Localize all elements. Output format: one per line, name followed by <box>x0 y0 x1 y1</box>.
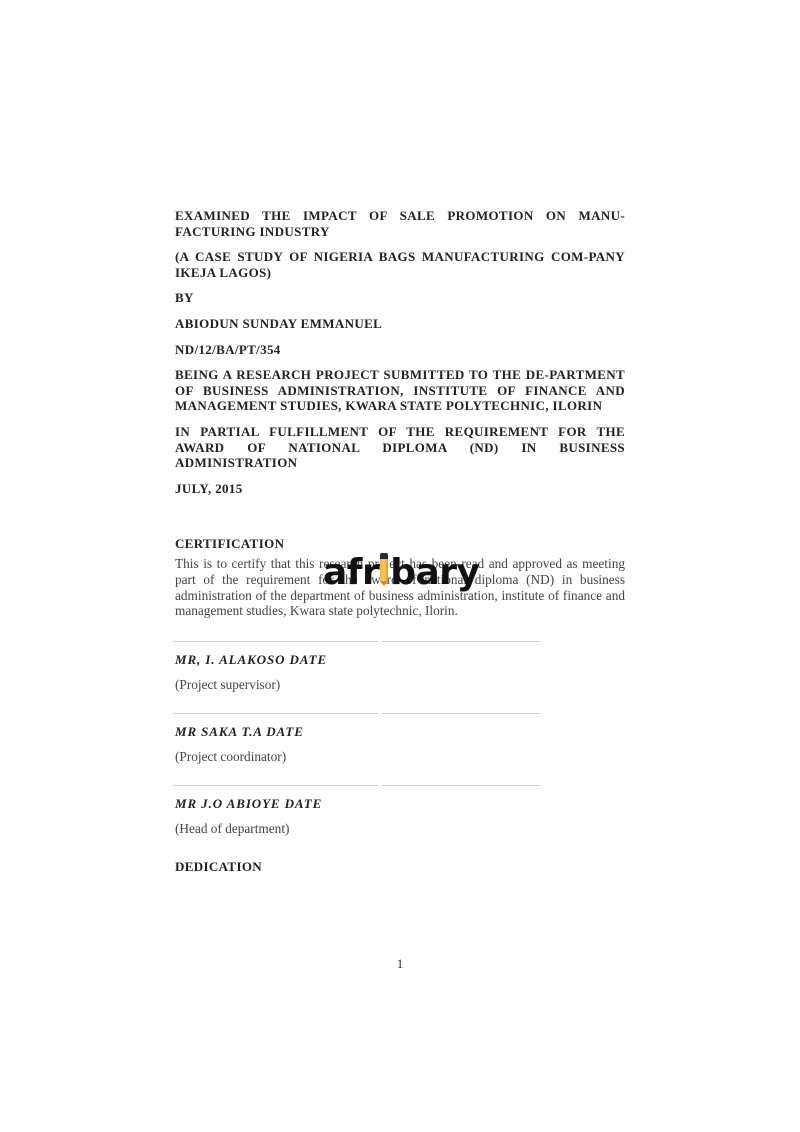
project-subtitle: (A CASE STUDY OF NIGERIA BAGS MANUFACTUR… <box>175 249 625 280</box>
signature-line <box>173 641 378 642</box>
date-line <box>382 785 540 786</box>
project-title: EXAMINED THE IMPACT OF SALE PROMOTION ON… <box>175 208 625 239</box>
page-content: EXAMINED THE IMPACT OF SALE PROMOTION ON… <box>175 208 625 875</box>
certification-text: This is to certify that this research pr… <box>175 556 625 618</box>
page-number: 1 <box>0 956 800 972</box>
signature-block-coordinator: MR SAKA T.A DATE (Project coordinator) <box>175 713 625 765</box>
submission-date: JULY, 2015 <box>175 481 625 497</box>
signature-line <box>173 785 378 786</box>
signatory-name: MR SAKA T.A DATE <box>175 724 625 740</box>
signature-lines <box>175 641 625 642</box>
signatory-name: MR J.O ABIOYE DATE <box>175 796 625 812</box>
submission-statement: BEING A RESEARCH PROJECT SUBMITTED TO TH… <box>175 367 625 414</box>
by-label: BY <box>175 290 625 306</box>
author-name: ABIODUN SUNDAY EMMANUEL <box>175 316 625 332</box>
fulfillment-statement: IN PARTIAL FULFILLMENT OF THE REQUIREMEN… <box>175 424 625 471</box>
signatory-role: (Head of department) <box>175 821 625 837</box>
signature-block-hod: MR J.O ABIOYE DATE (Head of department) <box>175 785 625 837</box>
matric-number: ND/12/BA/PT/354 <box>175 342 625 358</box>
signature-block-supervisor: MR, I. ALAKOSO DATE (Project supervisor) <box>175 641 625 693</box>
document-page: EXAMINED THE IMPACT OF SALE PROMOTION ON… <box>0 0 800 1132</box>
signatory-role: (Project coordinator) <box>175 749 625 765</box>
signatory-name: MR, I. ALAKOSO DATE <box>175 652 625 668</box>
certification-heading: CERTIFICATION <box>175 536 625 552</box>
date-line <box>382 641 540 642</box>
signature-line <box>173 713 378 714</box>
signature-lines <box>175 713 625 714</box>
signatory-role: (Project supervisor) <box>175 677 625 693</box>
signature-lines <box>175 785 625 786</box>
dedication-heading: DEDICATION <box>175 859 625 875</box>
date-line <box>382 713 540 714</box>
